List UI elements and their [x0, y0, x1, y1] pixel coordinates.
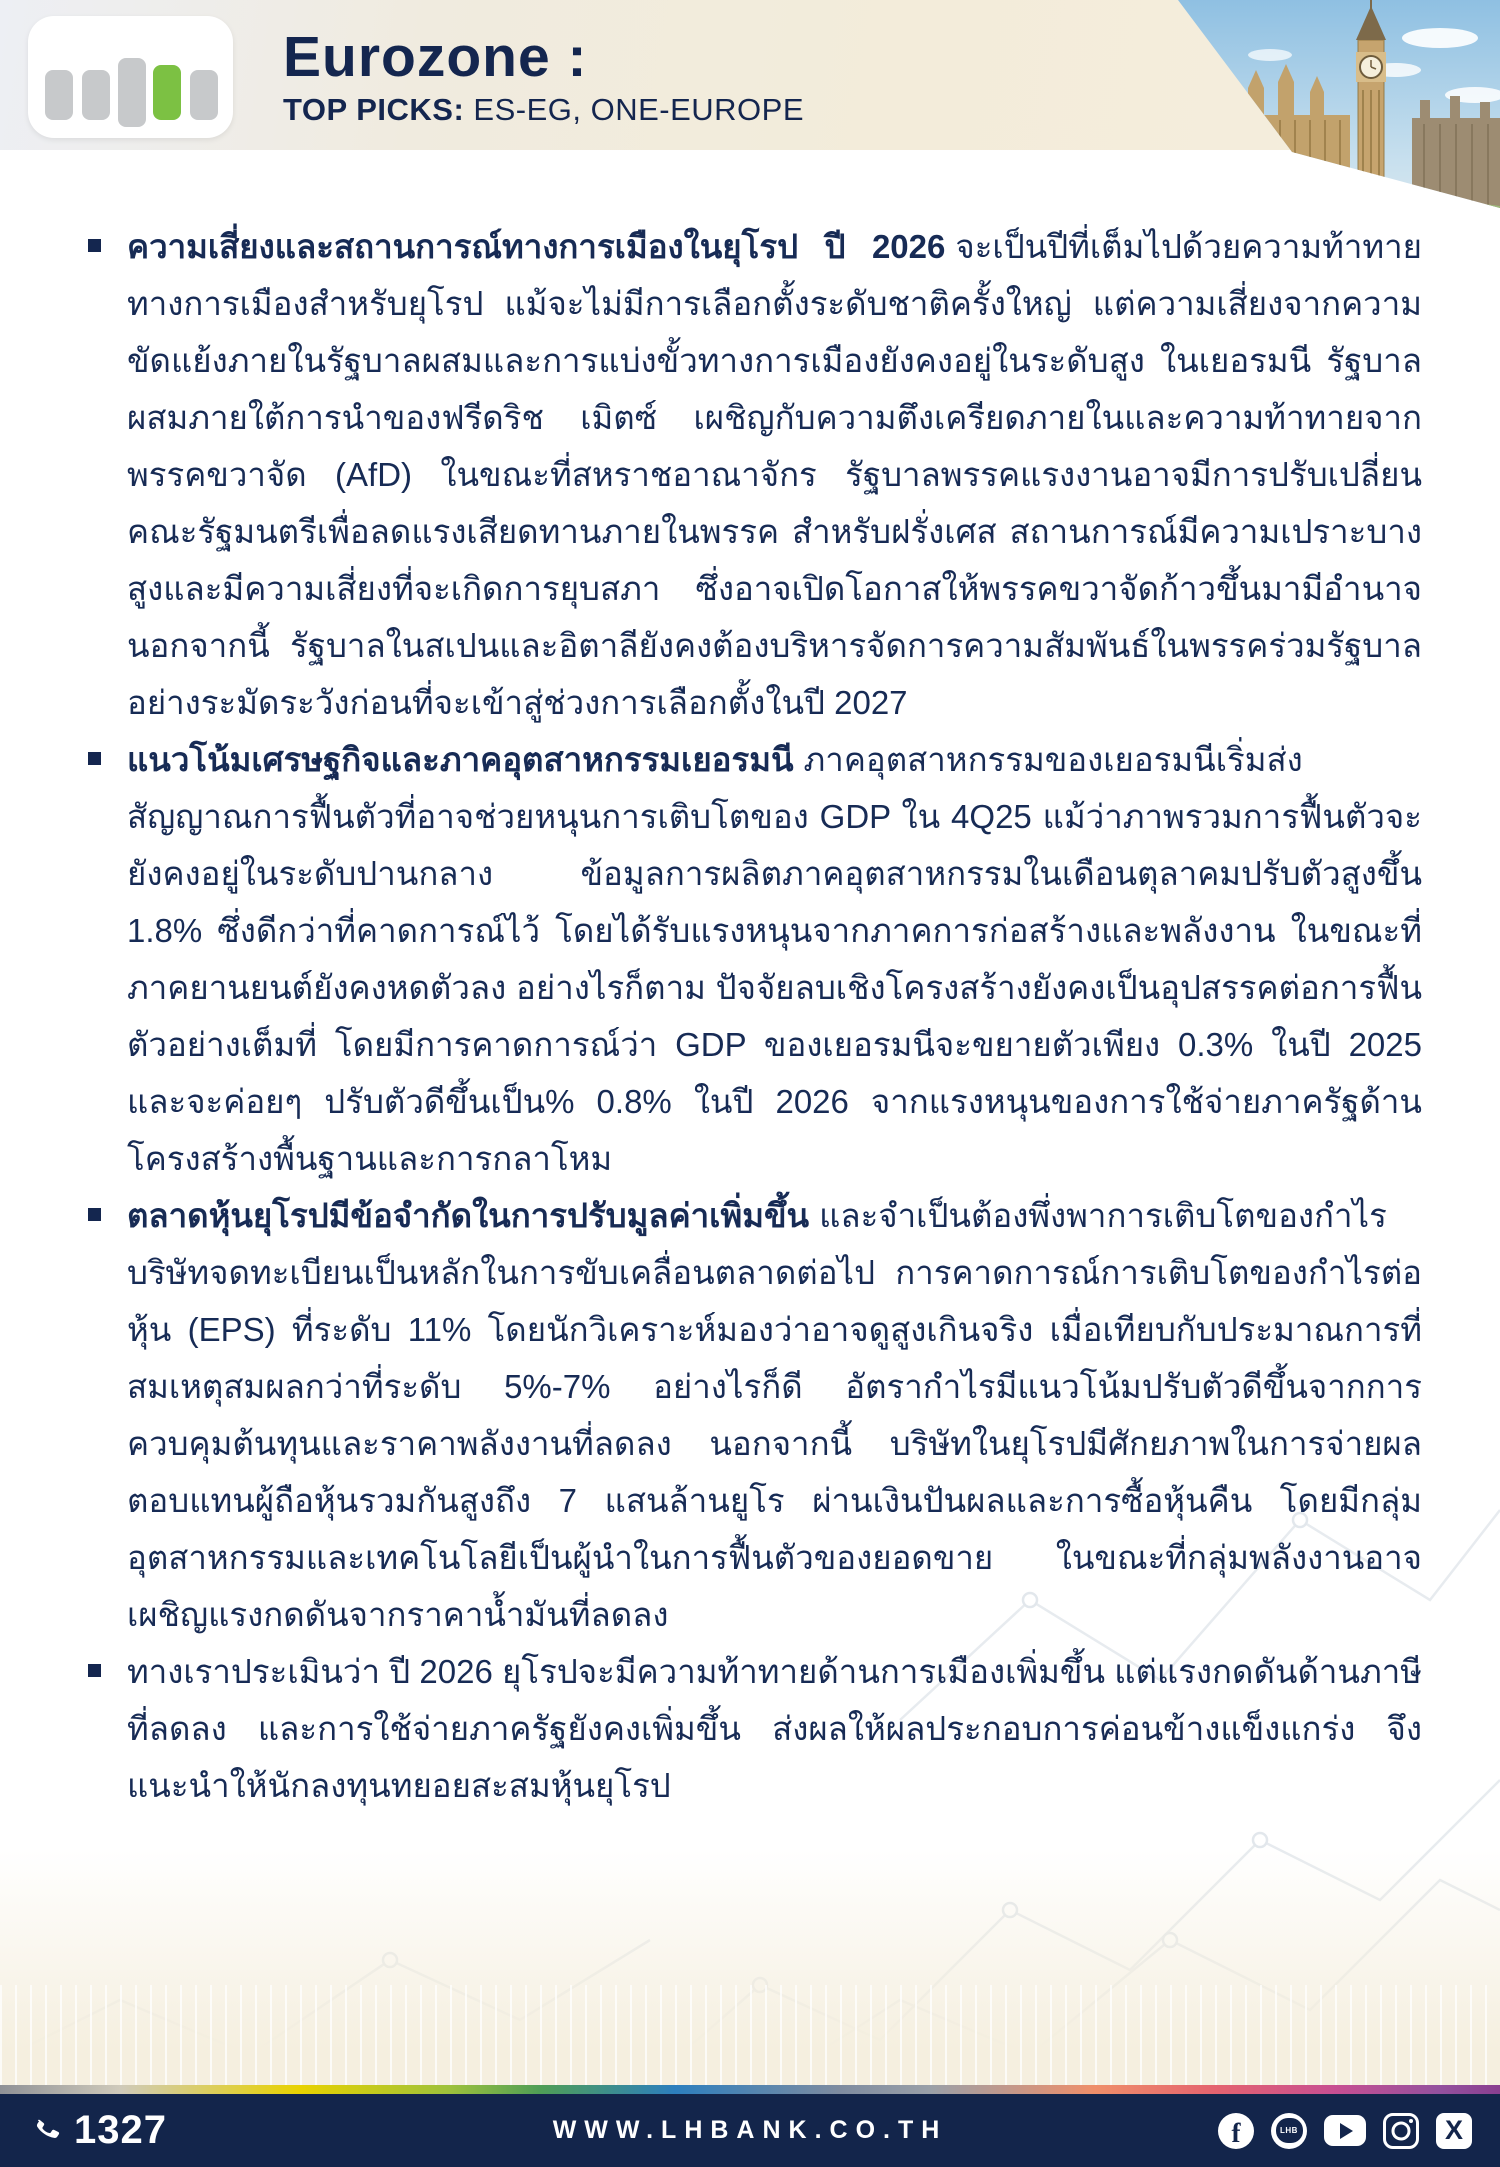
bullet-item-equity-valuation: ตลาดหุ้นยุโรปมีข้อจำกัดในการปรับมูลค่าเพ…: [88, 1187, 1440, 1643]
page-title: Eurozone :: [283, 26, 804, 88]
bullet-list: ความเสี่ยงและสถานการณ์ทางการเมืองในยุโรป…: [88, 218, 1440, 1814]
bullet-heading: ความเสี่ยงและสถานการณ์ทางการเมืองในยุโรป…: [127, 228, 945, 265]
bullet-square-icon: [88, 1664, 101, 1677]
youtube-icon[interactable]: [1324, 2115, 1366, 2146]
page-subtitle: TOP PICKS: ES-EG, ONE-EUROPE: [283, 92, 804, 128]
subtitle-label: TOP PICKS:: [283, 92, 464, 127]
rainbow-strip: [0, 2085, 1500, 2094]
report-page: Eurozone : TOP PICKS: ES-EG, ONE-EUROPE …: [0, 0, 1500, 2167]
x-icon[interactable]: X: [1436, 2113, 1472, 2149]
bullet-square-icon: [88, 752, 101, 765]
bottom-pinstripes: [0, 1985, 1500, 2085]
bullet-item-view: ทางเราประเมินว่า ปี 2026 ยุโรปจะมีความท้…: [88, 1643, 1440, 1814]
bullet-item-politics: ความเสี่ยงและสถานการณ์ทางการเมืองในยุโรป…: [88, 218, 1440, 731]
footer-bar: 1327 WWW.LHBANK.CO.TH f LHB X: [0, 2094, 1500, 2167]
logo-bar: [45, 70, 73, 120]
social-icons: f LHB X: [1218, 2113, 1472, 2149]
bar-chart-logo: [28, 16, 233, 138]
logo-bar-green: [153, 65, 181, 120]
bullet-body: ทางเราประเมินว่า ปี 2026 ยุโรปจะมีความท้…: [127, 1653, 1422, 1804]
line-badge: LHB: [1276, 2118, 1303, 2143]
logo-bar: [118, 58, 146, 127]
logo-bar: [82, 70, 110, 120]
bullet-square-icon: [88, 1208, 101, 1221]
bullet-body: จะเป็นปีที่เต็มไปด้วยความท้าทายทางการเมื…: [127, 228, 1422, 721]
facebook-icon[interactable]: f: [1218, 2113, 1254, 2149]
line-icon[interactable]: LHB: [1271, 2113, 1307, 2149]
logo-bar: [190, 70, 218, 120]
bullet-heading: แนวโน้มเศรษฐกิจและภาคอุตสาหกรรมเยอรมนี: [127, 741, 794, 778]
bullet-square-icon: [88, 239, 101, 252]
subtitle-value: ES-EG, ONE-EUROPE: [464, 92, 804, 127]
bullet-heading: ตลาดหุ้นยุโรปมีข้อจำกัดในการปรับมูลค่าเพ…: [127, 1197, 809, 1234]
bullet-item-german-economy: แนวโน้มเศรษฐกิจและภาคอุตสาหกรรมเยอรมนีภา…: [88, 731, 1440, 1187]
bullet-body: ภาคอุตสาหกรรมของเยอรมนีเริ่มส่งสัญญาณการ…: [127, 741, 1422, 1177]
instagram-icon[interactable]: [1383, 2113, 1419, 2149]
bullet-body: และจำเป็นต้องพึ่งพาการเติบโตของกำไรบริษั…: [127, 1197, 1422, 1633]
